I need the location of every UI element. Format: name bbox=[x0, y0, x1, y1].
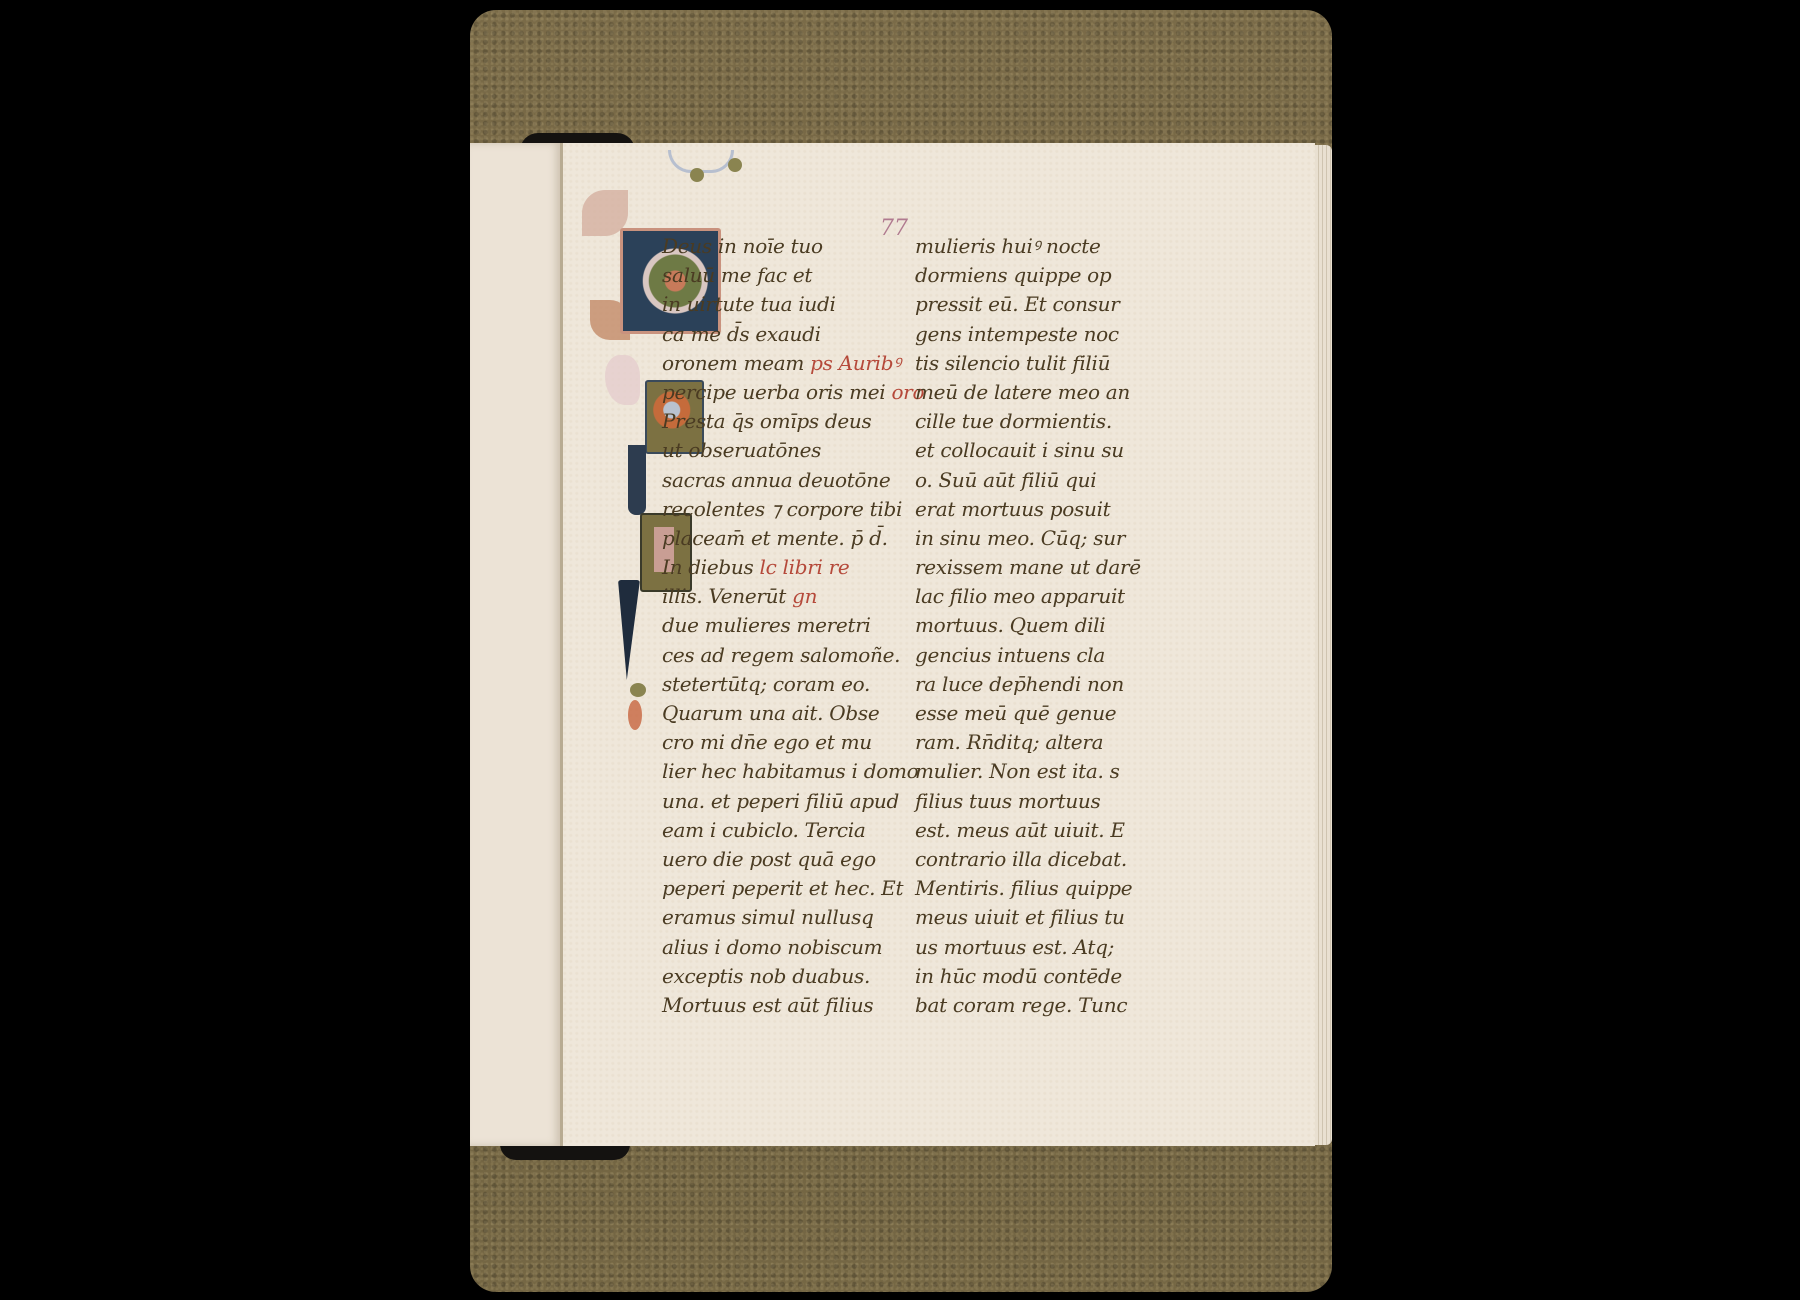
text-line: uero die post quā ego bbox=[662, 845, 892, 874]
text-line: et collocauit i sinu su bbox=[915, 436, 1145, 465]
line-text: filius tuus mortuus bbox=[915, 789, 1100, 813]
line-text: Mortuus est aūt filius bbox=[662, 993, 873, 1017]
rubric: lc libri re bbox=[759, 555, 849, 579]
text-line: in sinu meo. Cūq; sur bbox=[915, 524, 1145, 553]
verso-page-edge bbox=[470, 143, 562, 1146]
line-text: placeam̄ et mente. p̄ d̄. bbox=[662, 526, 888, 550]
rubric: gn bbox=[792, 584, 817, 608]
line-text: oronem meam bbox=[662, 351, 804, 375]
gold-ball-icon bbox=[728, 158, 742, 172]
text-line: In diebus lc libri re bbox=[662, 553, 892, 582]
line-text: exceptis nob duabus. bbox=[662, 964, 870, 988]
text-line: Mentiris. filius quippe bbox=[915, 874, 1145, 903]
initial-p-stem-icon bbox=[628, 445, 646, 515]
text-line: exceptis nob duabus. bbox=[662, 962, 892, 991]
text-line: gencius intuens cla bbox=[915, 641, 1145, 670]
text-line: contrario illa dicebat. bbox=[915, 845, 1145, 874]
text-line: rexissem mane ut darē bbox=[915, 553, 1145, 582]
line-text: dormiens quippe op bbox=[915, 263, 1111, 287]
line-text: est. meus aūt uiuit. E bbox=[915, 818, 1125, 842]
line-text: lier hec habitamus i domo bbox=[662, 759, 918, 783]
text-line: Presta q̄s omīps deus bbox=[662, 407, 892, 436]
fore-edge bbox=[1315, 145, 1332, 1145]
text-line: mulier. Non est ita. s bbox=[915, 757, 1145, 786]
text-line: placeam̄ et mente. p̄ d̄. bbox=[662, 524, 892, 553]
line-text: peperi peperit et hec. Et bbox=[662, 876, 903, 900]
text-line: eam i cubiclo. Tercia bbox=[662, 816, 892, 845]
text-line: in uirtute tua iudi bbox=[662, 290, 892, 319]
text-line: stetertūtq; coram eo. bbox=[662, 670, 892, 699]
text-line: recolentes ⁊ corpore tibi bbox=[662, 495, 892, 524]
line-text: rexissem mane ut darē bbox=[915, 555, 1141, 579]
text-line: cille tue dormientis. bbox=[915, 407, 1145, 436]
text-line: sacras annua deuotōne bbox=[662, 466, 892, 495]
text-line: illis. Venerūt gn bbox=[662, 582, 892, 611]
line-text: meū de latere meo an bbox=[915, 380, 1130, 404]
text-line: saluū me fac et bbox=[662, 261, 892, 290]
text-line: due mulieres meretri bbox=[662, 611, 892, 640]
line-text: Quarum una ait. Obse bbox=[662, 701, 879, 725]
text-line: dormiens quippe op bbox=[915, 261, 1145, 290]
text-line: filius tuus mortuus bbox=[915, 787, 1145, 816]
marginal-flourish-icon bbox=[628, 700, 642, 730]
text-line: eramus simul nullusq̧ bbox=[662, 903, 892, 932]
text-line: tis silencio tulit filiū bbox=[915, 349, 1145, 378]
line-text: uero die post quā ego bbox=[662, 847, 876, 871]
line-text: percipe uerba oris mei bbox=[662, 380, 885, 404]
gold-ball-icon bbox=[690, 168, 704, 182]
text-line: ut obseruatōnes bbox=[662, 436, 892, 465]
text-line: est. meus aūt uiuit. E bbox=[915, 816, 1145, 845]
line-text: eramus simul nullusq̧ bbox=[662, 905, 874, 929]
line-text: gencius intuens cla bbox=[915, 643, 1105, 667]
line-text: in sinu meo. Cūq; sur bbox=[915, 526, 1125, 550]
text-line: lac filio meo apparuit bbox=[915, 582, 1145, 611]
text-line: oronem meam ps Auribꝰ bbox=[662, 349, 892, 378]
line-text: us mortuus est. Atq; bbox=[915, 935, 1114, 959]
text-line: us mortuus est. Atq; bbox=[915, 933, 1145, 962]
line-text: meus uiuit et filius tu bbox=[915, 905, 1125, 929]
line-text: lac filio meo apparuit bbox=[915, 584, 1125, 608]
binding-strap-bottom bbox=[500, 1144, 630, 1160]
text-line: o. Suū aūt filiū qui bbox=[915, 466, 1145, 495]
line-text: ra luce dep̄hendi non bbox=[915, 672, 1124, 696]
text-line: bat coram rege. Tunc bbox=[915, 991, 1145, 1020]
text-line: pressit eū. Et consur bbox=[915, 290, 1145, 319]
line-text: mulieris huiꝰ nocte bbox=[915, 234, 1101, 258]
line-text: ca me d̄s exaudi bbox=[662, 322, 821, 346]
line-text: recolentes ⁊ corpore tibi bbox=[662, 497, 902, 521]
line-text: in hūc modū contēde bbox=[915, 964, 1122, 988]
text-column-left: Deus in noīe tuosaluū me fac etin uirtut… bbox=[662, 232, 892, 1020]
text-line: una. et peperi filiū apud bbox=[662, 787, 892, 816]
line-text: cro mi dn̄e ego et mu bbox=[662, 730, 872, 754]
text-line: erat mortuus posuit bbox=[915, 495, 1145, 524]
line-text: due mulieres meretri bbox=[662, 613, 871, 637]
line-text: erat mortuus posuit bbox=[915, 497, 1110, 521]
text-line: cro mi dn̄e ego et mu bbox=[662, 728, 892, 757]
line-text: saluū me fac et bbox=[662, 263, 812, 287]
text-line: Quarum una ait. Obse bbox=[662, 699, 892, 728]
line-text: stetertūtq; coram eo. bbox=[662, 672, 870, 696]
line-text: gens intempeste noc bbox=[915, 322, 1119, 346]
text-line: Mortuus est aūt filius bbox=[662, 991, 892, 1020]
line-text: illis. Venerūt bbox=[662, 584, 786, 608]
line-text: bat coram rege. Tunc bbox=[915, 993, 1127, 1017]
text-line: meū de latere meo an bbox=[915, 378, 1145, 407]
text-line: esse meū quē genue bbox=[915, 699, 1145, 728]
line-text: Deus in noīe tuo bbox=[662, 234, 823, 258]
text-line: lier hec habitamus i domo bbox=[662, 757, 892, 786]
line-text: mulier. Non est ita. s bbox=[915, 759, 1120, 783]
line-text: Presta q̄s omīps deus bbox=[662, 409, 871, 433]
line-text: sacras annua deuotōne bbox=[662, 468, 890, 492]
text-line: alius i domo nobiscum bbox=[662, 933, 892, 962]
line-text: Mentiris. filius quippe bbox=[915, 876, 1132, 900]
text-line: ram. Rn̄ditq; altera bbox=[915, 728, 1145, 757]
line-text: alius i domo nobiscum bbox=[662, 935, 882, 959]
rubric: ps Auribꝰ bbox=[810, 351, 900, 375]
line-text: in uirtute tua iudi bbox=[662, 292, 836, 316]
line-text: ut obseruatōnes bbox=[662, 438, 821, 462]
line-text: tis silencio tulit filiū bbox=[915, 351, 1110, 375]
text-line: percipe uerba oris mei oro bbox=[662, 378, 892, 407]
line-text: In diebus bbox=[662, 555, 753, 579]
text-line: Deus in noīe tuo bbox=[662, 232, 892, 261]
text-line: mulieris huiꝰ nocte bbox=[915, 232, 1145, 261]
text-line: peperi peperit et hec. Et bbox=[662, 874, 892, 903]
text-line: meus uiuit et filius tu bbox=[915, 903, 1145, 932]
line-text: mortuus. Quem dili bbox=[915, 613, 1105, 637]
line-text: ram. Rn̄ditq; altera bbox=[915, 730, 1103, 754]
line-text: contrario illa dicebat. bbox=[915, 847, 1127, 871]
text-line: ca me d̄s exaudi bbox=[662, 320, 892, 349]
line-text: esse meū quē genue bbox=[915, 701, 1116, 725]
text-line: mortuus. Quem dili bbox=[915, 611, 1145, 640]
gold-ball-icon bbox=[630, 683, 646, 697]
text-line: gens intempeste noc bbox=[915, 320, 1145, 349]
text-line: ra luce dep̄hendi non bbox=[915, 670, 1145, 699]
line-text: o. Suū aūt filiū qui bbox=[915, 468, 1096, 492]
line-text: et collocauit i sinu su bbox=[915, 438, 1124, 462]
text-line: ces ad regem salomoñe. bbox=[662, 641, 892, 670]
line-text: una. et peperi filiū apud bbox=[662, 789, 899, 813]
line-text: eam i cubiclo. Tercia bbox=[662, 818, 866, 842]
line-text: pressit eū. Et consur bbox=[915, 292, 1119, 316]
line-text: cille tue dormientis. bbox=[915, 409, 1112, 433]
text-line: in hūc modū contēde bbox=[915, 962, 1145, 991]
line-text: ces ad regem salomoñe. bbox=[662, 643, 900, 667]
text-column-right: mulieris huiꝰ noctedormiens quippe oppre… bbox=[915, 232, 1145, 1020]
